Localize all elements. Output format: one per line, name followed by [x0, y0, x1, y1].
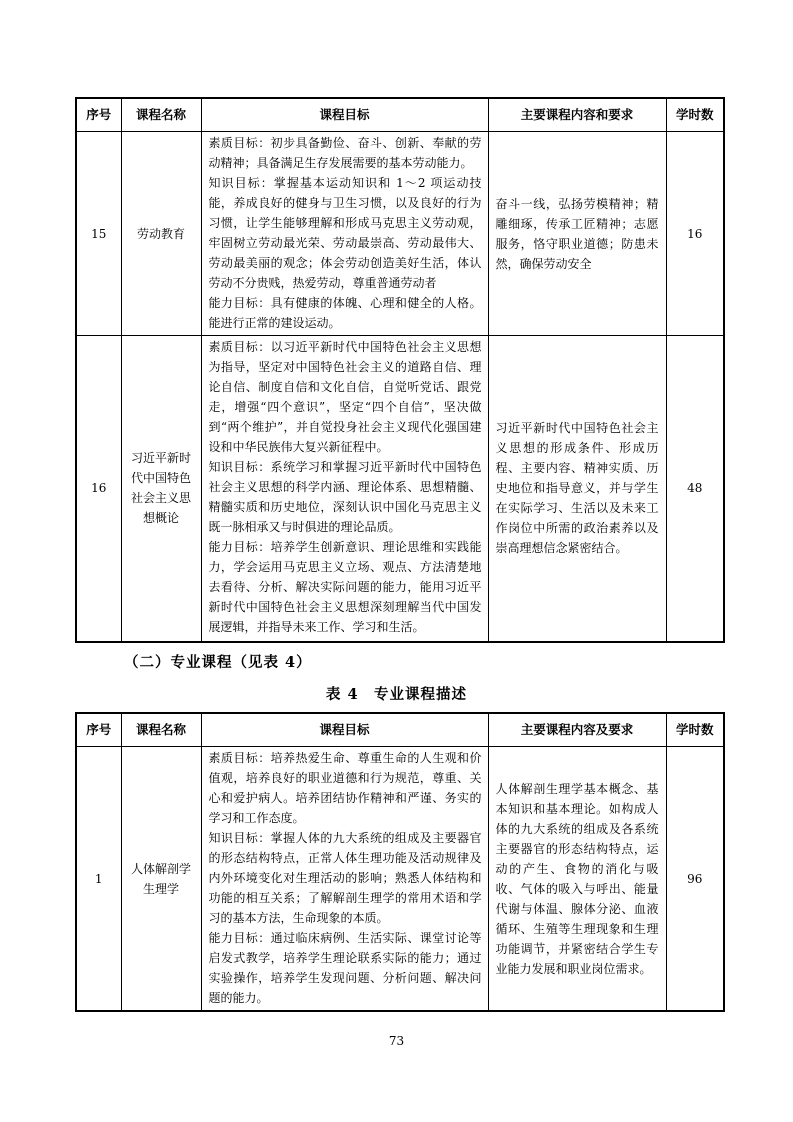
- page-number: 73: [0, 1034, 793, 1048]
- objective-paragraph: 素质目标：培养热爱生命、尊重生命的人生观和价值观，培养良好的职业道德和行为规范，…: [209, 748, 482, 828]
- course-content: 人体解剖生理学基本概念、基本知识和基本理论。如构成人体的九大系统的组成及各系统主…: [488, 747, 666, 1012]
- course-content: 习近平新时代中国特色社会主义思想的形成条件、形成历程、主要内容、精神实质、历史地…: [488, 336, 666, 642]
- objective-paragraph: 素质目标：初步具备勤俭、奋斗、创新、奉献的劳动精神；具备满足生存发展需要的基本劳…: [209, 133, 482, 173]
- table-row: 1 人体解剖学生理学 素质目标：培养热爱生命、尊重生命的人生观和价值观，培养良好…: [76, 747, 724, 1012]
- table-header-row: 序号 课程名称 课程目标 主要课程内容及要求 学时数: [76, 713, 724, 747]
- objective-paragraph: 知识目标：系统学习和掌握习近平新时代中国特色社会主义思想的科学内涵、理论体系、思…: [209, 457, 482, 537]
- col-header-objectives: 课程目标: [201, 713, 488, 747]
- document-page: 序号 课程名称 课程目标 主要课程内容和要求 学时数 15 劳动教育 素质目标：…: [0, 0, 793, 1122]
- col-header-no: 序号: [76, 713, 121, 747]
- col-header-no: 序号: [76, 98, 121, 132]
- course-name: 人体解剖学生理学: [121, 747, 201, 1012]
- course-hours: 96: [666, 747, 724, 1012]
- course-objectives: 素质目标：以习近平新时代中国特色社会主义思想为指导，坚定对中国特色社会主义的道路…: [201, 336, 488, 642]
- objective-paragraph: 能力目标：通过临床病例、生活实际、课堂讨论等启发式教学，培养学生理论联系实际的能…: [209, 928, 482, 1008]
- professional-course-table: 序号 课程名称 课程目标 主要课程内容及要求 学时数 1 人体解剖学生理学 素质…: [75, 712, 725, 1012]
- course-hours: 16: [666, 132, 724, 336]
- course-no: 1: [76, 747, 121, 1012]
- public-course-table: 序号 课程名称 课程目标 主要课程内容和要求 学时数 15 劳动教育 素质目标：…: [75, 97, 725, 643]
- objective-paragraph: 能力目标：具有健康的体魄、心理和健全的人格。能进行正常的建设运动。: [209, 293, 482, 333]
- table-header-row: 序号 课程名称 课程目标 主要课程内容和要求 学时数: [76, 98, 724, 132]
- col-header-content: 主要课程内容和要求: [488, 98, 666, 132]
- col-header-hours: 学时数: [666, 713, 724, 747]
- col-header-course-name: 课程名称: [121, 713, 201, 747]
- objective-paragraph: 知识目标：掌握基本运动知识和 1～2 项运动技能，养成良好的健身与卫生习惯，以及…: [209, 173, 482, 293]
- course-objectives: 素质目标：培养热爱生命、尊重生命的人生观和价值观，培养良好的职业道德和行为规范，…: [201, 747, 488, 1012]
- objective-paragraph: 知识目标：掌握人体的九大系统的组成及主要器官的形态结构特点，正常人体生理功能及活…: [209, 828, 482, 928]
- course-hours: 48: [666, 336, 724, 642]
- course-no: 16: [76, 336, 121, 642]
- section-heading: （二）专业课程（见表 4）: [124, 651, 312, 672]
- table-row: 16 习近平新时代中国特色社会主义思想概论 素质目标：以习近平新时代中国特色社会…: [76, 336, 724, 642]
- course-name: 习近平新时代中国特色社会主义思想概论: [121, 336, 201, 642]
- course-content: 奋斗一线，弘扬劳模精神；精雕细琢，传承工匠精神；志愿服务，恪守职业道德；防患未然…: [488, 132, 666, 336]
- table-row: 15 劳动教育 素质目标：初步具备勤俭、奋斗、创新、奉献的劳动精神；具备满足生存…: [76, 132, 724, 336]
- objective-paragraph: 能力目标：培养学生创新意识、理论思维和实践能力，学会运用马克思主义立场、观点、方…: [209, 537, 482, 637]
- table-4-title: 表 4 专业课程描述: [0, 683, 793, 704]
- course-objectives: 素质目标：初步具备勤俭、奋斗、创新、奉献的劳动精神；具备满足生存发展需要的基本劳…: [201, 132, 488, 336]
- course-name: 劳动教育: [121, 132, 201, 336]
- objective-paragraph: 素质目标：以习近平新时代中国特色社会主义思想为指导，坚定对中国特色社会主义的道路…: [209, 337, 482, 457]
- col-header-objectives: 课程目标: [201, 98, 488, 132]
- col-header-course-name: 课程名称: [121, 98, 201, 132]
- course-no: 15: [76, 132, 121, 336]
- col-header-content: 主要课程内容及要求: [488, 713, 666, 747]
- col-header-hours: 学时数: [666, 98, 724, 132]
